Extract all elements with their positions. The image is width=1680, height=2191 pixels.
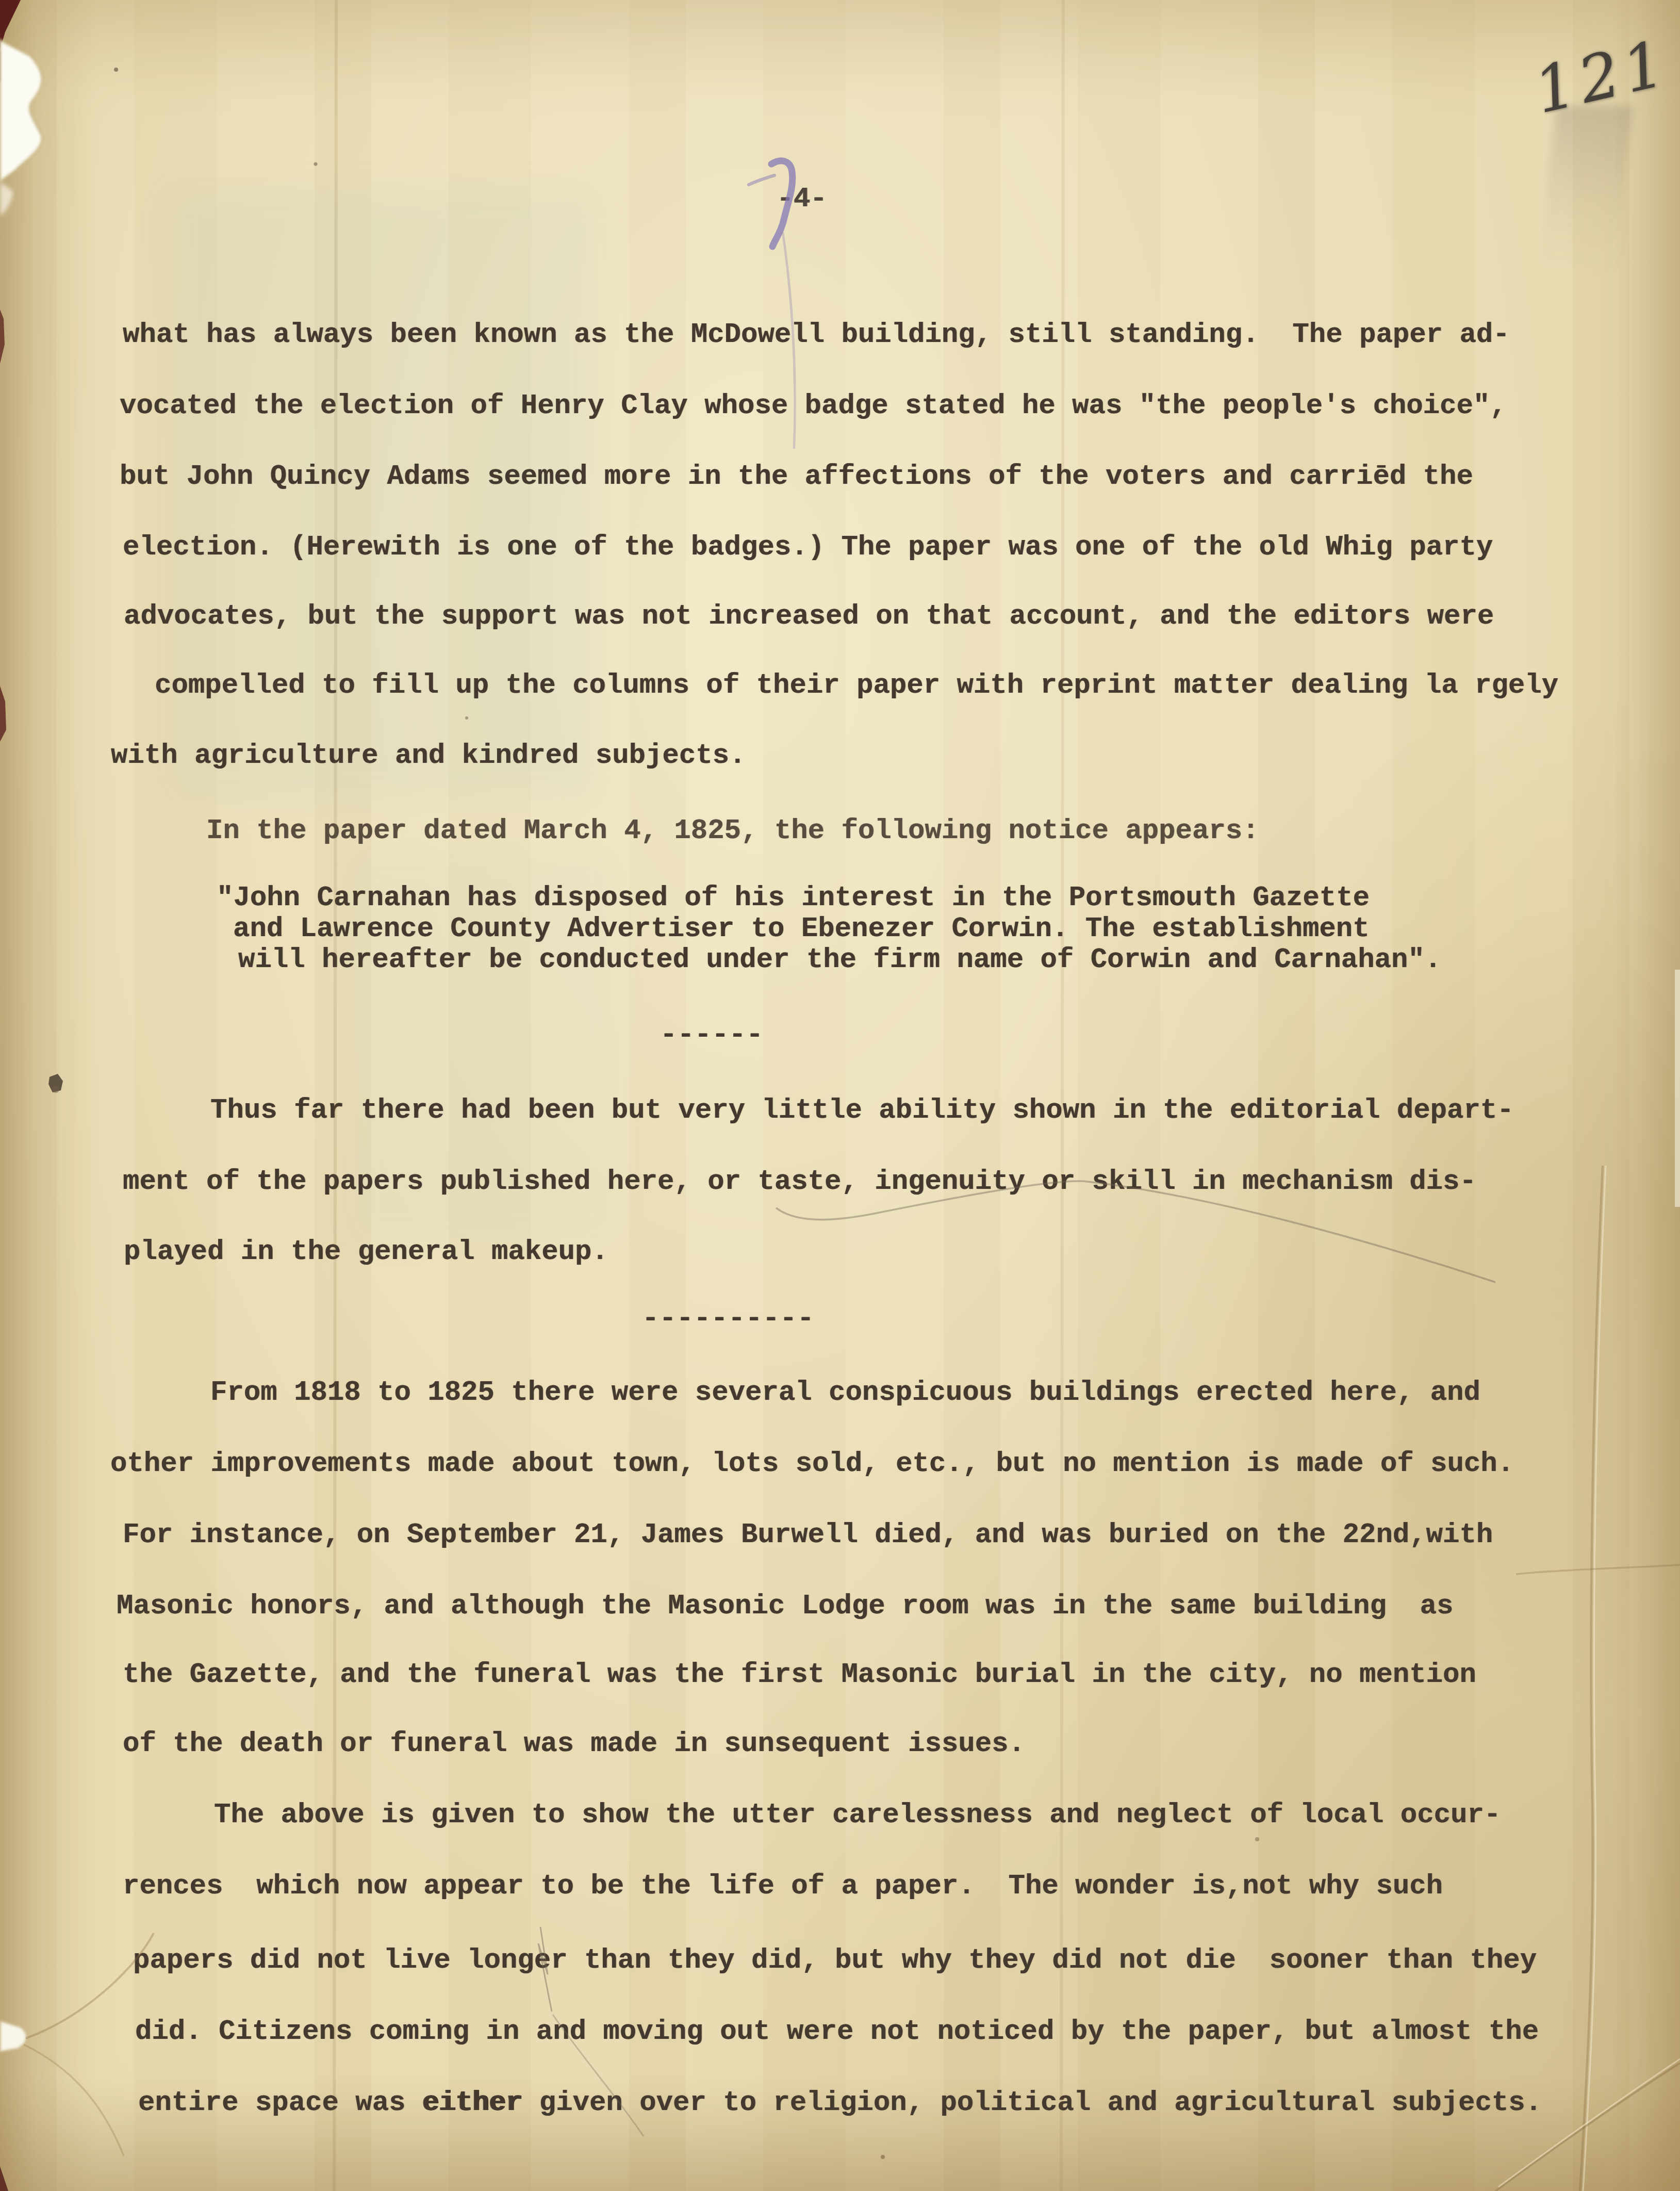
showthrough-ghost xyxy=(170,191,598,799)
text-line: compelled to fill up the columns of thei… xyxy=(155,671,1558,701)
text-line: other improvements made about town, lots… xyxy=(110,1449,1514,1480)
text-line: entire space was either given over to re… xyxy=(138,2088,1542,2119)
text-line: played in the general makeup. xyxy=(124,1237,608,1268)
text-line: vocated the election of Henry Clay whose… xyxy=(120,391,1507,422)
overstruck-word: either xyxy=(422,2087,522,2119)
text-line: advocates, but the support was not incre… xyxy=(124,601,1494,632)
text-line: In the paper dated March 4, 1825, the fo… xyxy=(206,816,1259,847)
text-line: From 1818 to 1825 there were several con… xyxy=(210,1378,1480,1409)
text-line: ment of the papers published here, or ta… xyxy=(123,1167,1476,1198)
page-number: -4- xyxy=(777,184,827,215)
blockquote-line: and Lawrence County Advertiser to Ebenez… xyxy=(233,914,1370,945)
text-line: papers did not live longer than they did… xyxy=(133,1945,1537,1976)
dash-separator: ---------- xyxy=(642,1304,814,1335)
text-segment: entire space was xyxy=(138,2087,422,2119)
text-line: Thus far there had been but very little … xyxy=(210,1095,1514,1126)
text-line: election. (Herewith is one of the badges… xyxy=(123,532,1493,563)
text-line: The above is given to show the utter car… xyxy=(214,1800,1501,1831)
blockquote-line: "John Carnahan has disposed of his inter… xyxy=(217,883,1370,914)
blockquote-line: will hereafter be conducted under the fi… xyxy=(238,945,1441,976)
text-line: For instance, on September 21, James Bur… xyxy=(123,1520,1493,1551)
text-line: Masonic honors, and although the Masonic… xyxy=(117,1591,1453,1622)
text-line: of the death or funeral was made in suns… xyxy=(123,1729,1025,1760)
text-line: rences which now appear to be the life o… xyxy=(123,1871,1443,1902)
text-line: with agriculture and kindred subjects. xyxy=(111,741,746,772)
text-line: what has always been known as the McDowe… xyxy=(123,320,1510,351)
dash-separator: ------ xyxy=(660,1020,763,1051)
text-segment: given over to religion, political and ag… xyxy=(522,2087,1542,2119)
text-line: the Gazette, and the funeral was the fir… xyxy=(123,1660,1476,1691)
text-line: did. Citizens coming in and moving out w… xyxy=(135,2017,1539,2048)
text-line: but John Quincy Adams seemed more in the… xyxy=(120,462,1473,493)
